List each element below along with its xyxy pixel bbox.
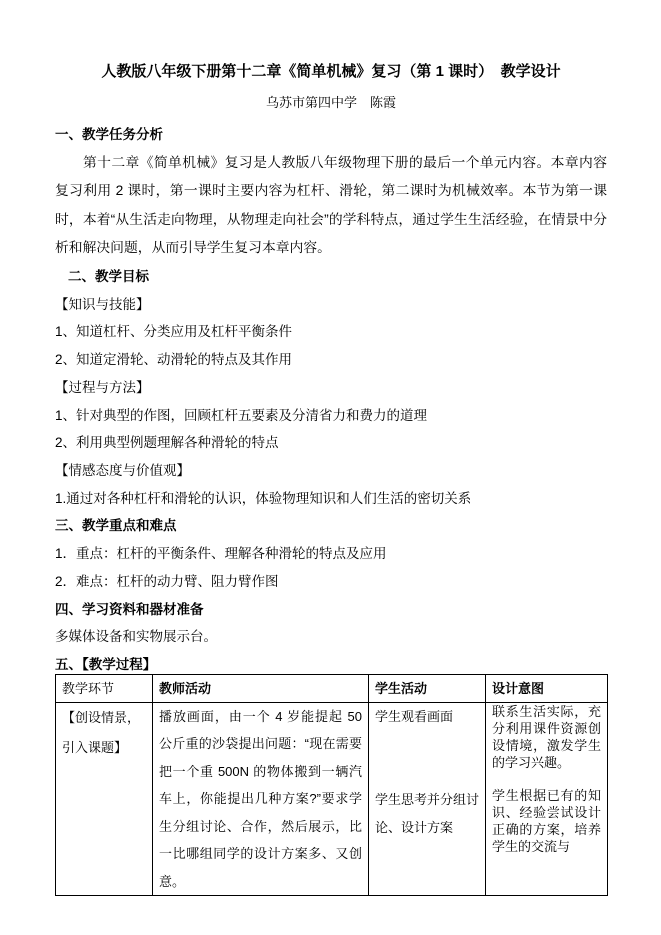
task-analysis-paragraph: 第十二章《简单机械》复习是人教版八年级物理下册的最后一个单元内容。本章内容复习利… [55, 149, 607, 263]
doc-title: 人教版八年级下册第十二章《简单机械》复习（第 1 课时） 教学设计 [55, 62, 607, 93]
difficult-point-item: 2．难点：杠杆的动力臂、阻力臂作图 [55, 568, 607, 596]
student-activity-cell: 学生观看画面 学生思考并分组讨论、设计方案 [369, 702, 486, 896]
materials-paragraph: 多媒体设备和实物展示台。 [55, 623, 607, 651]
design-intent-text: 联系生活实际，充分利用课件资源创设情境，激发学生的学习兴趣。 [492, 703, 601, 771]
header-cell-design-intent: 设计意图 [486, 674, 608, 702]
teacher-activity-cell: 播放画面，由一个 4 岁能提起 50 公斤重的沙袋提出问题：“现在需要把一个重 … [153, 702, 369, 896]
objectives-knowledge-item: 1、知道杠杆、分类应用及杠杆平衡条件 [55, 318, 607, 346]
objectives-knowledge-label: 【知识与技能】 [55, 291, 607, 319]
objectives-emotion-label: 【情感态度与价值观】 [55, 457, 607, 485]
objectives-emotion-item: 1.通过对各种杠杆和滑轮的认识，体验物理知识和人们生活的密切关系 [55, 485, 607, 513]
objectives-process-label: 【过程与方法】 [55, 374, 607, 402]
section-heading-task-analysis: 一、教学任务分析 [55, 121, 607, 149]
header-cell-teacher-activity: 教师活动 [153, 674, 369, 702]
teaching-process-table: 教学环节 教师活动 学生活动 设计意图 【创设情景，引入课题】 播放画面，由一个… [55, 674, 608, 897]
section-heading-objectives: 二、教学目标 [55, 263, 607, 291]
student-activity-text: 学生思考并分组讨论、设计方案 [375, 786, 479, 842]
table-row: 【创设情景，引入课题】 播放画面，由一个 4 岁能提起 50 公斤重的沙袋提出问… [56, 702, 608, 896]
student-activity-text: 学生观看画面 [375, 703, 479, 731]
section-heading-materials: 四、学习资料和器材准备 [55, 596, 607, 624]
key-point-item: 1．重点：杠杆的平衡条件、理解各种滑轮的特点及应用 [55, 540, 607, 568]
objectives-knowledge-item: 2、知道定滑轮、动滑轮的特点及其作用 [55, 346, 607, 374]
doc-byline: 乌苏市第四中学 陈霞 [55, 93, 607, 121]
design-intent-text: 学生根据已有的知识、经验尝试设计正确的方案，培养学生的交流与 [492, 787, 601, 855]
section-heading-key-points: 三、教学重点和难点 [55, 512, 607, 540]
teacher-activity-text: 播放画面，由一个 4 岁能提起 50 公斤重的沙袋提出问题：“现在需要把一个重 … [159, 703, 362, 896]
objectives-process-item: 2、利用典型例题理解各种滑轮的特点 [55, 429, 607, 457]
document-content: 人教版八年级下册第十二章《简单机械》复习（第 1 课时） 教学设计 乌苏市第四中… [0, 0, 661, 896]
stage-cell: 【创设情景，引入课题】 [56, 702, 153, 896]
document-page: 人教版八年级下册第十二章《简单机械》复习（第 1 课时） 教学设计 乌苏市第四中… [0, 0, 661, 935]
design-intent-cell: 联系生活实际，充分利用课件资源创设情境，激发学生的学习兴趣。 学生根据已有的知识… [486, 702, 608, 896]
header-cell-student-activity: 学生活动 [369, 674, 486, 702]
objectives-process-item: 1、针对典型的作图，回顾杠杆五要素及分清省力和费力的道理 [55, 402, 607, 430]
stage-text: 【创设情景，引入课题】 [62, 703, 146, 763]
